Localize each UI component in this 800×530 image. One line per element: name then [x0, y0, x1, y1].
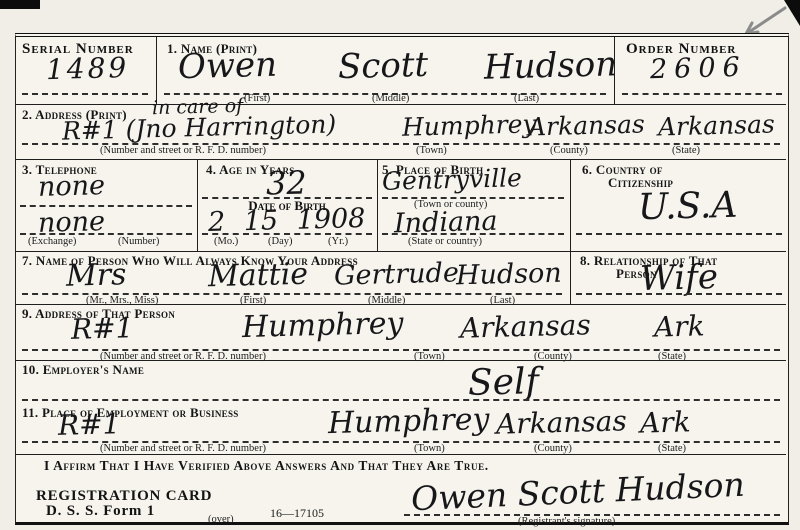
name-last-value: Hudson: [484, 47, 618, 84]
over-note: (over): [208, 514, 234, 525]
employer-write-line: [22, 399, 780, 401]
scanned-registration-card-page: Serial Number 1489 1. Name (Print) Owen …: [0, 0, 800, 530]
address-state-value: Arkansas: [658, 111, 775, 139]
birthplace-town-value: Gentryville: [382, 165, 523, 194]
registration-card: Serial Number 1489 1. Name (Print) Owen …: [15, 33, 789, 525]
dob-write-line: [202, 233, 372, 235]
row-border: [16, 454, 786, 455]
birthplace-sub-state: (State or country): [408, 236, 482, 247]
divider: [614, 37, 615, 104]
name-sub-first: (First): [244, 93, 270, 104]
contact-last-value: Hudson: [456, 260, 562, 290]
telephone-exchange-value: none: [38, 172, 106, 201]
contact-address-street-value: R#1: [71, 314, 134, 344]
address-county-value: Arkansas: [528, 111, 645, 139]
row-border: [16, 304, 786, 305]
form-number: D. S. S. Form 1: [46, 503, 155, 520]
date-of-birth-value: 2 15 1908: [208, 205, 366, 236]
contact-middle-value: Gertrude: [334, 259, 460, 289]
divider: [156, 37, 157, 104]
telephone-sub-exchange: (Exchange): [28, 236, 76, 247]
employment-sub-town: (Town): [414, 443, 445, 454]
dob-sub-day: (Day): [268, 236, 293, 247]
employment-county-value: Arkansas: [496, 407, 627, 438]
address-sub-state: (State): [672, 145, 700, 156]
signature-sublabel: (Registrant's signature): [518, 516, 615, 527]
age-value: 32: [266, 166, 308, 199]
divider: [197, 159, 198, 251]
employer-value: Self: [468, 364, 540, 402]
serial-write-line: [22, 93, 148, 95]
dob-sub-month: (Mo.): [214, 236, 238, 247]
employer-label: 10. Employer's Name: [22, 362, 144, 378]
birthplace-write-line: [382, 233, 564, 235]
employment-town-value: Humphrey: [328, 405, 490, 439]
name-sub-last: (Last): [514, 93, 539, 104]
employment-place-label: 11. Place of Employment or Business: [22, 405, 239, 421]
relationship-write-line: [576, 293, 782, 295]
contact-first-value: Mattie: [208, 260, 309, 293]
name-first-value: Owen: [178, 48, 278, 85]
dob-sub-year: (Yr.): [328, 236, 348, 247]
row-border: [16, 360, 786, 361]
telephone-sub-number: (Number): [118, 236, 159, 247]
divider: [377, 159, 378, 251]
card-inner: Serial Number 1489 1. Name (Print) Owen …: [16, 37, 786, 522]
affirmation-statement: I Affirm That I Have Verified Above Answ…: [44, 458, 489, 474]
citizenship-value: U.S.A: [638, 188, 738, 227]
employment-street-value: R#1: [58, 410, 121, 440]
citizenship-write-line: [576, 233, 782, 235]
row-border: [16, 104, 786, 105]
divider: [570, 159, 571, 251]
relationship-value: Wife: [640, 260, 719, 296]
registrant-signature: Owen Scott Hudson: [410, 468, 745, 516]
contact-address-state-value: Ark: [654, 312, 705, 341]
name-middle-value: Scott: [338, 48, 429, 84]
contact-address-county-value: Arkansas: [460, 311, 591, 342]
employment-sub-state: (State): [658, 443, 686, 454]
contact-prefix-value: Mrs: [66, 260, 127, 292]
contact-address-town-value: Humphrey: [242, 309, 404, 343]
address-sub-town: (Town): [416, 145, 447, 156]
address-town-value: Humphrey: [402, 111, 537, 140]
order-write-line: [622, 93, 782, 95]
address-street-value: R#1 (Jno Harrington): [62, 111, 337, 143]
row-border: [16, 159, 786, 160]
telephone-write-line: [20, 233, 192, 235]
employment-sub-street: (Number and street or R. F. D. number): [100, 443, 266, 454]
order-number-value: 2606: [650, 54, 747, 84]
divider: [570, 251, 571, 304]
address-sub-county: (County): [550, 145, 588, 156]
employment-sub-county: (County): [534, 443, 572, 454]
row-border: [16, 251, 786, 252]
serial-number-value: 1489: [46, 54, 130, 84]
scan-corner-mark-top-left: [0, 0, 40, 9]
name-sub-middle: (Middle): [372, 93, 409, 104]
print-code: 16—17105: [270, 506, 324, 521]
employment-state-value: Ark: [640, 408, 691, 437]
address-sub-street: (Number and street or R. F. D. number): [100, 145, 266, 156]
